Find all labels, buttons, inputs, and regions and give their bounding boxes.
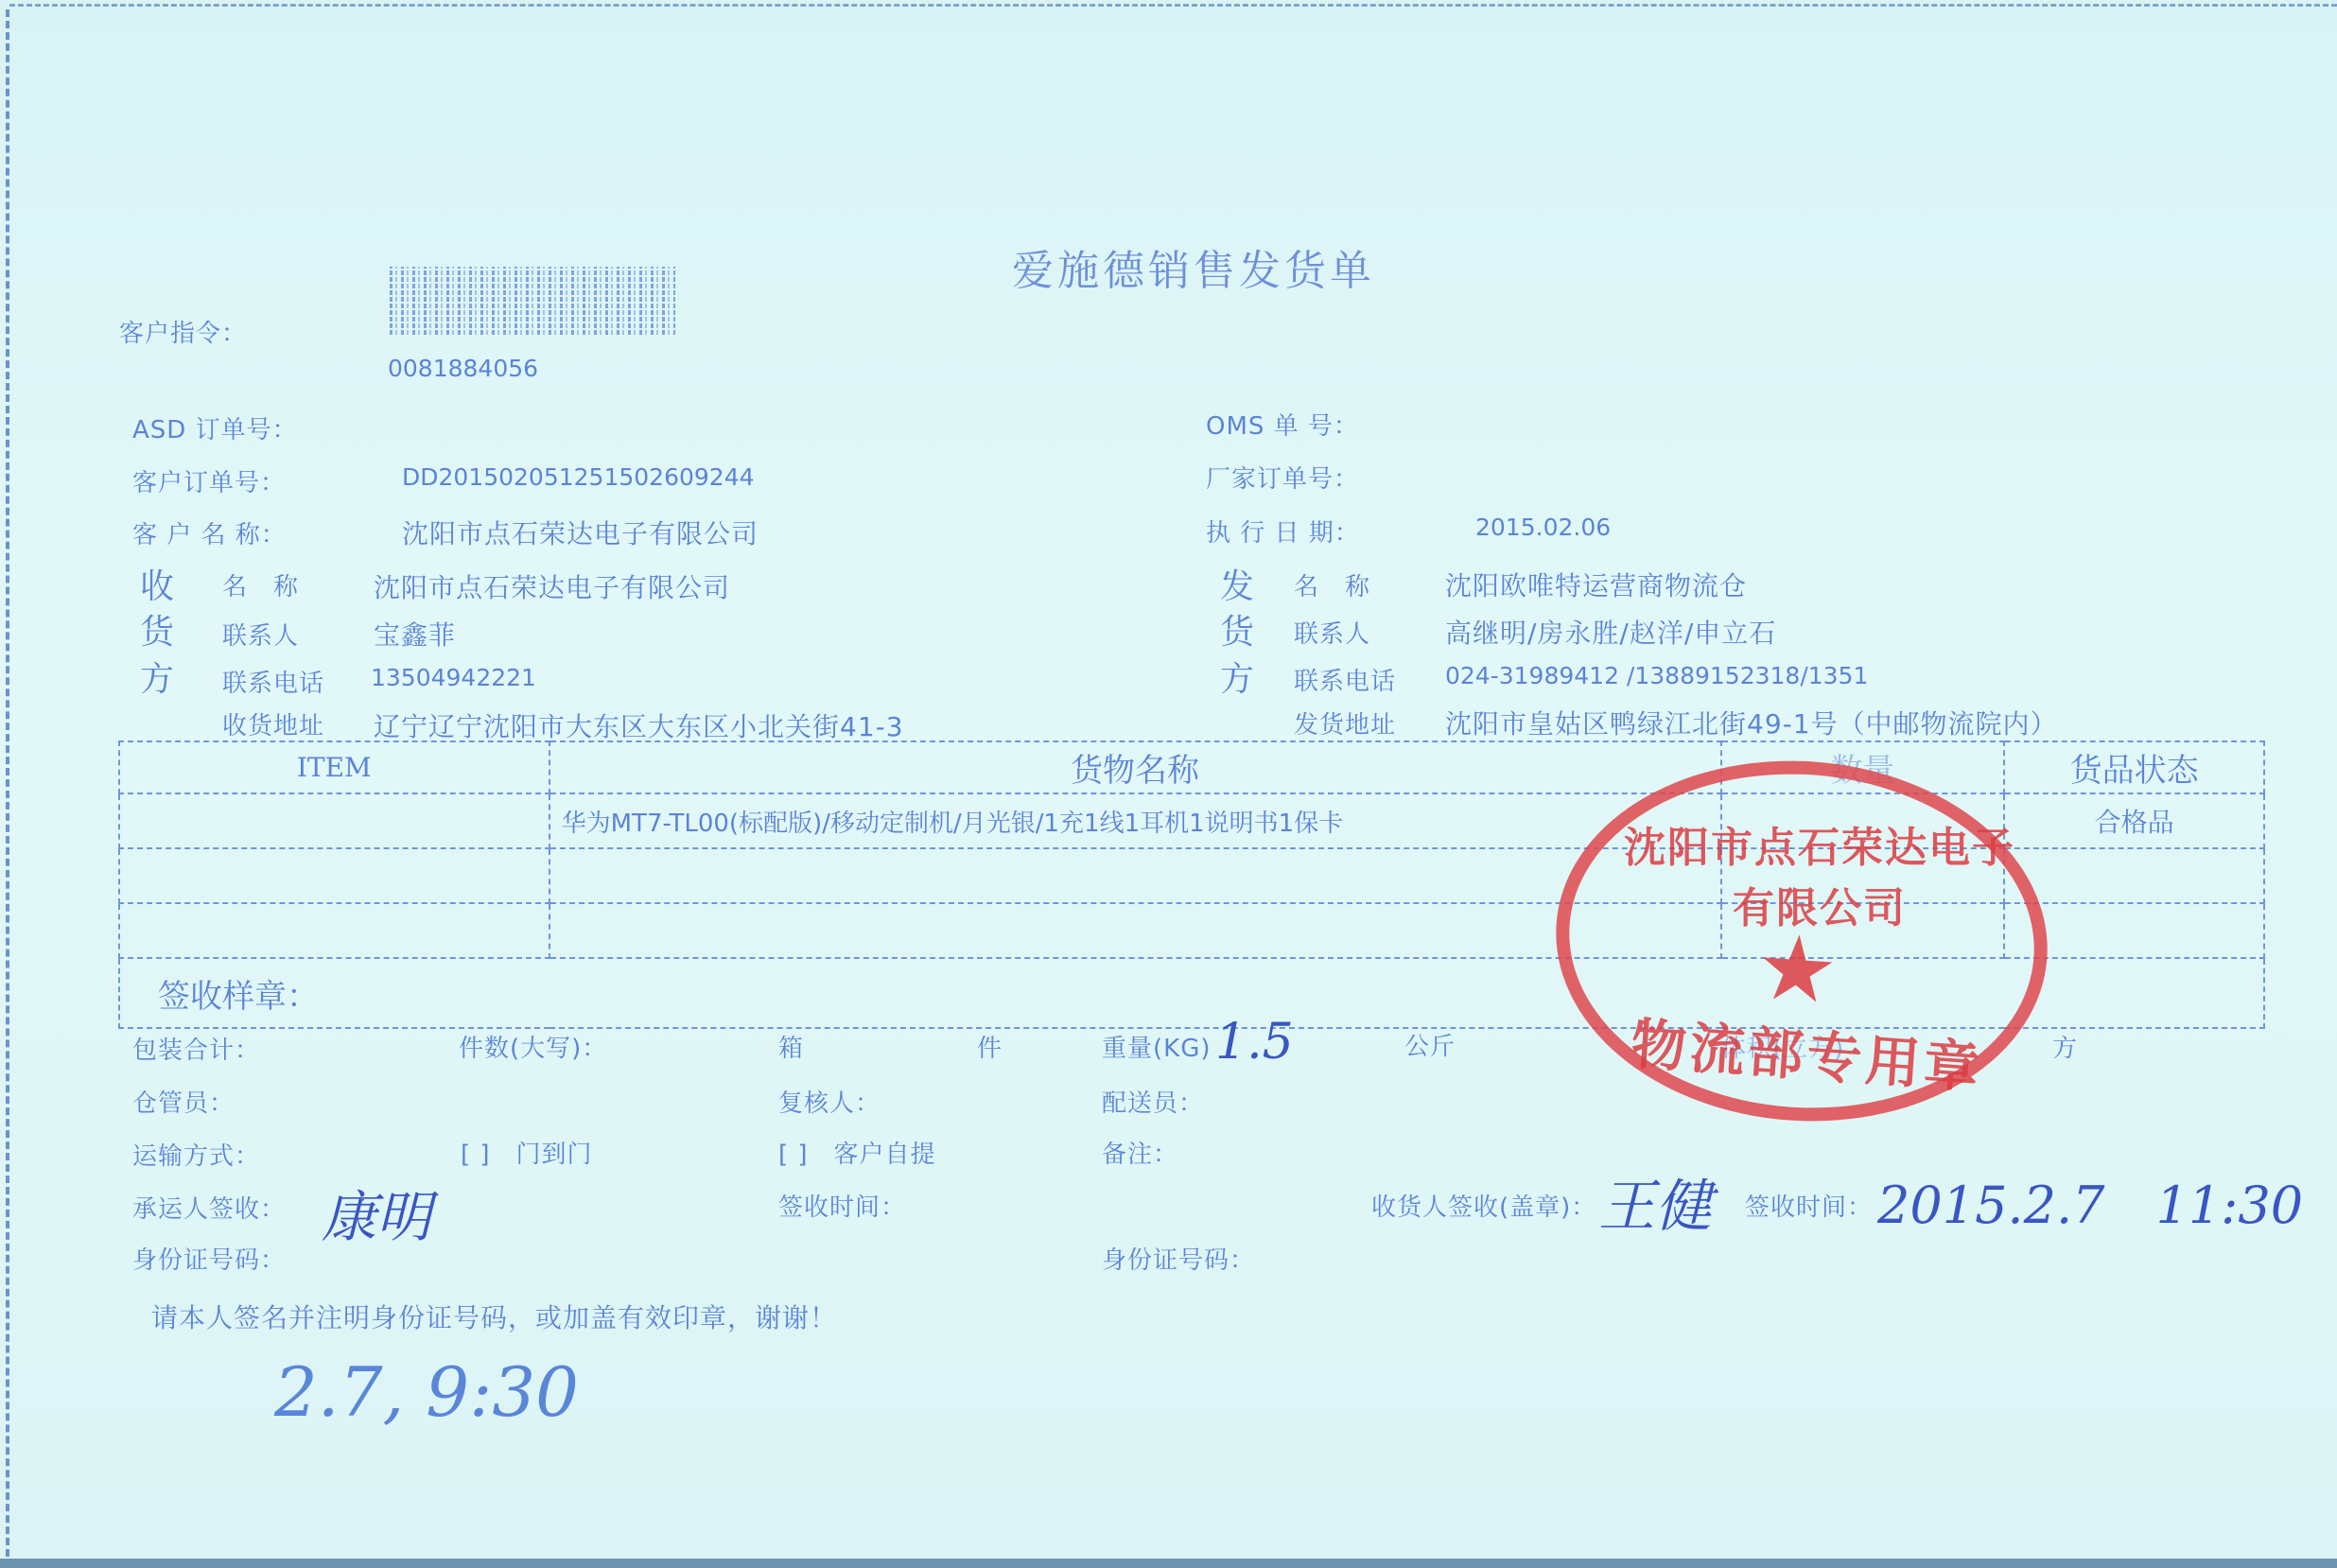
receiver-signature: 王健 (1598, 1161, 1712, 1243)
receiver-address-label: 收货地址 (222, 706, 324, 741)
document-title: 爱施德销售发货单 (1012, 236, 1375, 297)
package-total-label: 包装合计： (132, 1031, 260, 1066)
customer-name-label: 客 户 名 称： (132, 515, 287, 550)
factory-order-label: 厂家订单号： (1206, 460, 1359, 495)
oms-order-label: OMS 单 号： (1206, 407, 1359, 442)
kg-unit: 公斤 (1404, 1027, 1456, 1062)
delivery-note-paper: 爱施德销售发货单 客户指令： 0081884056 ASD 订单号： OMS 单… (0, 0, 2337, 1568)
receiver-side-char-2: 货 (140, 605, 174, 653)
cell-item (119, 793, 549, 848)
column-header-goods-status: 货品状态 (2004, 741, 2264, 793)
receiver-side-char-3: 方 (140, 653, 174, 701)
receiver-phone-value: 13504942221 (371, 664, 536, 691)
cell-item (119, 848, 549, 903)
column-header-goods-name: 货物名称 (549, 741, 1721, 793)
perforation-left (6, 9, 9, 1568)
perforation-top (9, 4, 2337, 7)
asd-order-label: ASD 订单号： (132, 410, 298, 445)
option-customer-pickup[interactable]: [ ] 客户自提 (778, 1135, 936, 1170)
sender-address-value: 沈阳市皇姑区鸭绿江北街49-1号（中邮物流院内） (1445, 704, 2058, 741)
cell-goods-name (549, 903, 1721, 958)
warehouse-keeper-label: 仓管员： (132, 1084, 235, 1119)
sender-contact-label: 联系人 (1294, 615, 1370, 650)
customer-instruction-label: 客户指令： (119, 314, 247, 349)
cell-goods-name (549, 848, 1721, 903)
cell-goods-status: 合格品 (2004, 793, 2264, 848)
sender-contact-value: 高继明/房永胜/赵洋/申立石 (1445, 613, 1776, 651)
exec-date-label: 执 行 日 期： (1206, 514, 1360, 549)
sender-name-value: 沈阳欧唯特运营商物流仓 (1445, 566, 1747, 603)
sender-address-label: 发货地址 (1294, 706, 1396, 740)
reviewer-label: 复核人： (778, 1084, 881, 1119)
receiver-side-char-1: 收 (140, 560, 174, 608)
cell-goods-status (2004, 848, 2264, 903)
sender-name-label: 名 称 (1294, 567, 1370, 602)
sender-side-char-2: 货 (1220, 605, 1254, 653)
barcode (390, 267, 675, 335)
stamp-company-name: 沈阳市点石荣达电子有限公司 (1612, 813, 2028, 934)
goods-table-header: ITEM 货物名称 数量 货品状态 (119, 741, 2264, 793)
weight-value-handwritten: 1.5 (1215, 1014, 1294, 1071)
dispatcher-label: 配送员： (1102, 1084, 1204, 1119)
handwritten-note: 2.7, 9:30 (274, 1352, 579, 1432)
box-label: 箱 (778, 1029, 804, 1064)
column-header-item: ITEM (119, 741, 549, 793)
pieces-label: 件数(大写)： (459, 1029, 607, 1064)
receiver-contact-label: 联系人 (222, 617, 299, 652)
sender-phone-value: 024-31989412 /13889152318/1351 (1445, 662, 1868, 689)
paper-bottom-edge (0, 1559, 2337, 1568)
carrier-signature: 康明 (322, 1173, 431, 1252)
receiver-name-label: 名 称 (222, 567, 299, 602)
sender-side-char-1: 发 (1220, 560, 1254, 608)
stamp-department: 物流部专用章 (1615, 999, 1998, 1105)
volume-unit: 方 (2052, 1029, 2078, 1064)
cell-goods-name: 华为MT7-TL00(标配版)/移动定制机/月光银/1充1线1耳机1说明书1保卡 (549, 793, 1721, 848)
remarks-label: 备注： (1102, 1135, 1178, 1170)
sender-side-char-3: 方 (1220, 653, 1254, 701)
piece-label: 件 (977, 1029, 1003, 1064)
exec-date-value: 2015.02.06 (1475, 514, 1611, 541)
receiver-phone-label: 联系电话 (222, 664, 324, 699)
id-number-label-left: 身份证号码： (132, 1241, 286, 1276)
cell-item (119, 903, 549, 958)
carrier-sign-label: 承运人签收： (132, 1190, 286, 1225)
signature-notice: 请本人签名并注明身份证号码，或加盖有效印章，谢谢！ (151, 1298, 837, 1335)
customer-order-label: 客户订单号： (132, 463, 286, 498)
receiver-contact-value: 宝鑫菲 (374, 615, 456, 653)
id-number-label-right: 身份证号码： (1102, 1241, 1255, 1276)
weight-label: 重量(KG) (1102, 1029, 1212, 1064)
customer-order-value: DD201502051251502609244 (402, 463, 755, 491)
customer-name-value: 沈阳市点石荣达电子有限公司 (402, 514, 759, 551)
receiver-address-value: 辽宁辽宁沈阳市大东区大东区小北关街41-3 (374, 706, 904, 744)
receiver-name-value: 沈阳市点石荣达电子有限公司 (374, 567, 730, 605)
transport-label: 运输方式： (132, 1137, 260, 1172)
option-door-to-door[interactable]: [ ] 门到门 (461, 1135, 593, 1170)
receiver-sign-time-label: 签收时间： (1745, 1188, 1873, 1223)
barcode-number: 0081884056 (388, 355, 538, 382)
receiver-sign-label: 收货人签收(盖章)： (1371, 1188, 1596, 1223)
sign-time-label: 签收时间： (778, 1188, 906, 1223)
receiver-sign-time-value: 2015.2.7 11:30 (1877, 1165, 2303, 1238)
sender-phone-label: 联系电话 (1294, 662, 1396, 697)
